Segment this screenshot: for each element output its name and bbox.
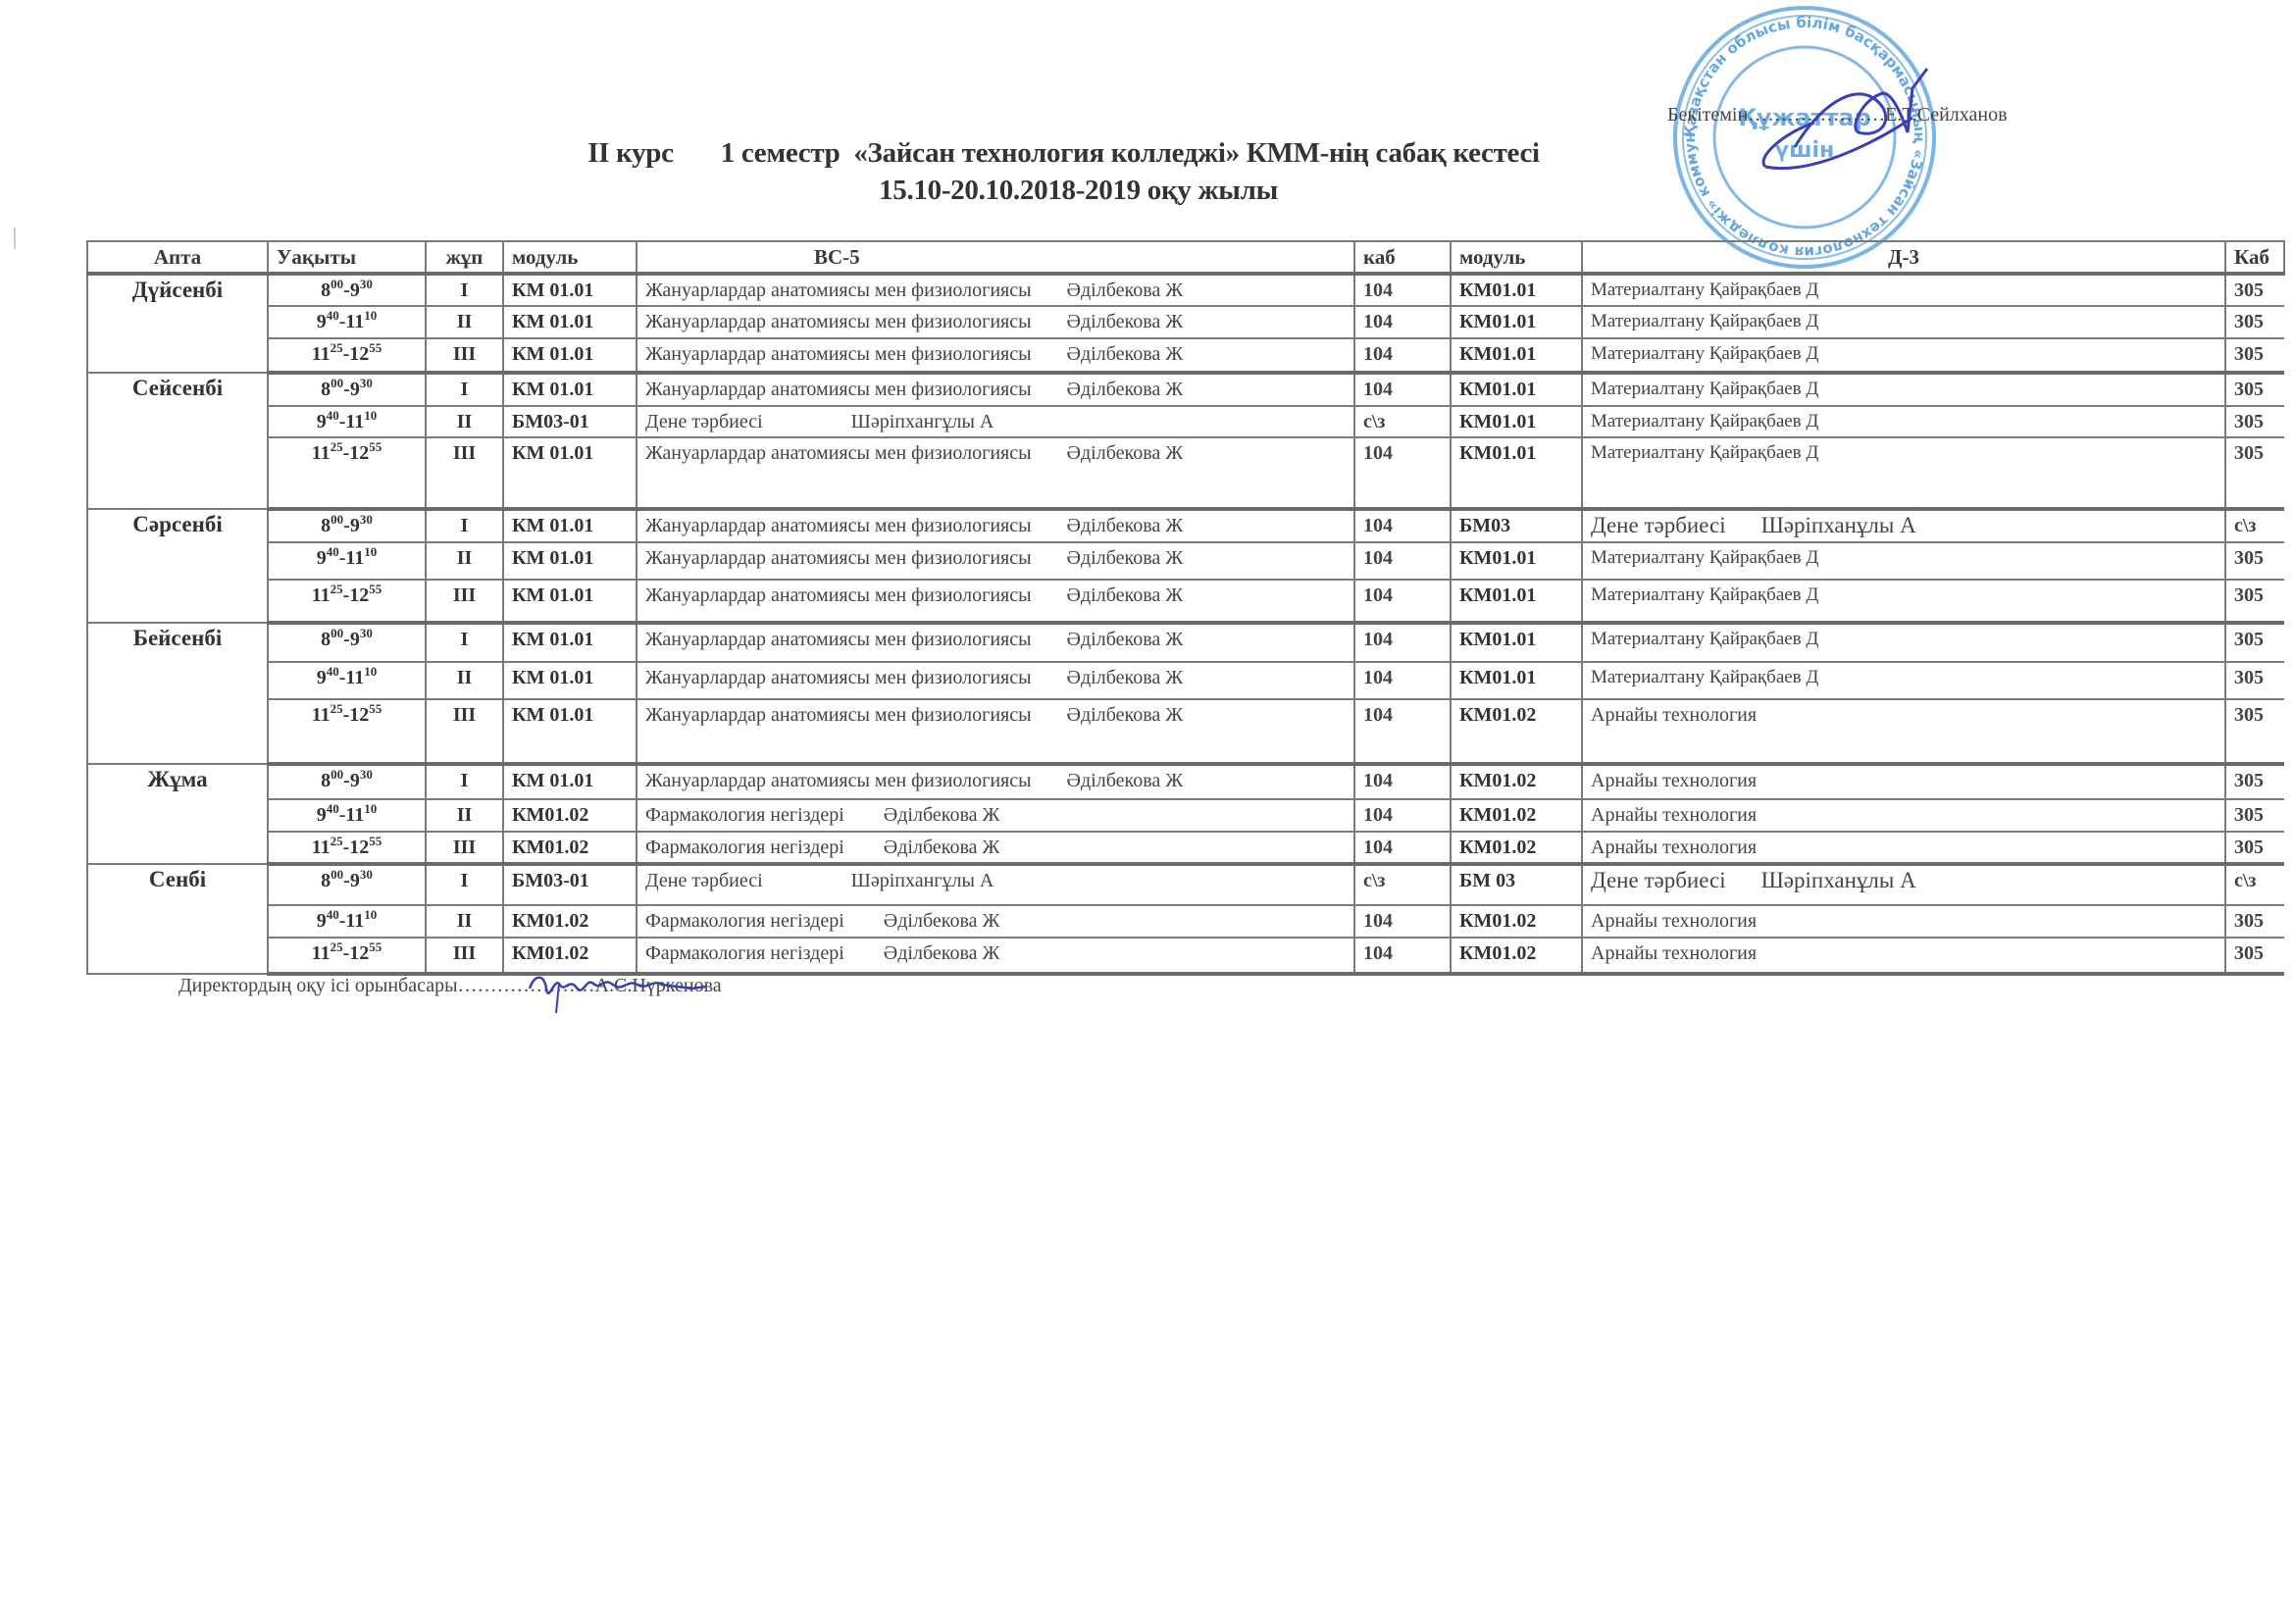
header-room-b: Каб bbox=[2225, 241, 2284, 274]
room-a-cell: 104 bbox=[1354, 338, 1451, 373]
pair-cell: III bbox=[426, 832, 503, 864]
subject-a: Жануарлардар анатомиясы мен физиологиясы bbox=[645, 343, 1032, 365]
table-row: 940-1110IIБМ03-01Дене тәрбиесіШәріпхангұ… bbox=[87, 406, 2284, 437]
pair-cell: III bbox=[426, 338, 503, 373]
pair-cell: I bbox=[426, 764, 503, 799]
room-b-cell: 305 bbox=[2225, 437, 2284, 509]
pair-cell: II bbox=[426, 662, 503, 699]
approval-dots: ………………… bbox=[1748, 104, 1885, 126]
teacher-a: Әділбекова Ж bbox=[1067, 766, 1184, 795]
time-cell: 1125-1255 bbox=[268, 699, 426, 764]
time-cell: 800-930 bbox=[268, 864, 426, 905]
table-header-row: Апта Уақыты жұп модуль ВС-5 каб модуль Д… bbox=[87, 241, 2284, 274]
subject-b: Дене тәрбиесі bbox=[1591, 868, 1726, 892]
table-row: 940-1110IIКМ01.02Фармакология негіздеріӘ… bbox=[87, 905, 2284, 938]
module-a-cell: КМ 01.01 bbox=[503, 542, 637, 580]
subject-b-cell: Арнайы технология bbox=[1582, 699, 2225, 764]
title-text: «Зайсан технология колледжі» КММ-нің саб… bbox=[853, 137, 1539, 169]
subject-b-cell: Арнайы технология bbox=[1582, 938, 2225, 974]
subject-b-cell: Материалтану Қайрақбаев Д bbox=[1582, 437, 2225, 509]
deputy-signature-line: Директордың оқу ісі орынбасары…………………А.С… bbox=[178, 975, 722, 997]
pair-cell: I bbox=[426, 509, 503, 542]
teacher-a: Әділбекова Ж bbox=[1067, 581, 1184, 610]
subject-a: Жануарлардар анатомиясы мен физиологиясы bbox=[645, 379, 1032, 400]
subject-a: Жануарлардар анатомиясы мен физиологиясы bbox=[645, 311, 1032, 332]
subject-a-cell: Жануарлардар анатомиясы мен физиологиясы… bbox=[637, 373, 1354, 406]
approval-line: Бекітемін…………………Е.Т.Сейлханов bbox=[1667, 104, 2008, 127]
time-cell: 1125-1255 bbox=[268, 437, 426, 509]
room-a-cell: 104 bbox=[1354, 699, 1451, 764]
module-a-cell: БМ03-01 bbox=[503, 864, 637, 905]
teacher-a: Әділбекова Ж bbox=[1067, 307, 1184, 336]
table-row: 940-1110IIКМ 01.01Жануарлардар анатомияс… bbox=[87, 306, 2284, 338]
subject-b-cell: Материалтану Қайрақбаев Д bbox=[1582, 373, 2225, 406]
teacher-a: Әділбекова Ж bbox=[1067, 511, 1184, 540]
room-b-cell: 305 bbox=[2225, 306, 2284, 338]
pair-cell: II bbox=[426, 406, 503, 437]
subject-a: Жануарлардар анатомиясы мен физиологиясы bbox=[645, 515, 1032, 536]
subject-b-cell: Дене тәрбиесіШәріпханұлы А bbox=[1582, 864, 2225, 905]
room-a-cell: с\з bbox=[1354, 864, 1451, 905]
time-cell: 800-930 bbox=[268, 509, 426, 542]
subject-b-cell: Материалтану Қайрақбаев Д bbox=[1582, 306, 2225, 338]
module-a-cell: КМ 01.01 bbox=[503, 373, 637, 406]
table-row: 1125-1255IIIКМ 01.01Жануарлардар анатоми… bbox=[87, 580, 2284, 623]
pair-cell: II bbox=[426, 905, 503, 938]
header-pair: жұп bbox=[426, 241, 503, 274]
room-b-cell: 305 bbox=[2225, 832, 2284, 864]
teacher-a: Әділбекова Ж bbox=[884, 833, 1000, 862]
deputy-label: Директордың оқу ісі орынбасары bbox=[178, 975, 458, 996]
table-row: 1125-1255IIIКМ01.02Фармакология негіздер… bbox=[87, 938, 2284, 974]
room-b-cell: 305 bbox=[2225, 580, 2284, 623]
subject-b-cell: Арнайы технология bbox=[1582, 764, 2225, 799]
subject-a: Дене тәрбиесі bbox=[645, 870, 763, 891]
teacher-a: Әділбекова Ж bbox=[884, 800, 1000, 830]
teacher-a: Әділбекова Ж bbox=[884, 906, 1000, 936]
room-a-cell: 104 bbox=[1354, 437, 1451, 509]
room-b-cell: 305 bbox=[2225, 406, 2284, 437]
room-b-cell: 305 bbox=[2225, 662, 2284, 699]
subject-b: Материалтану Қайрақбаев Д bbox=[1591, 584, 1818, 605]
table-row: Бейсенбі800-930IКМ 01.01Жануарлардар ана… bbox=[87, 623, 2284, 662]
module-a-cell: КМ 01.01 bbox=[503, 623, 637, 662]
subject-a-cell: Дене тәрбиесіШәріпхангұлы А bbox=[637, 406, 1354, 437]
room-a-cell: 104 bbox=[1354, 623, 1451, 662]
subject-b-cell: Арнайы технология bbox=[1582, 905, 2225, 938]
subject-b-cell: Дене тәрбиесіШәріпханұлы А bbox=[1582, 509, 2225, 542]
subject-b: Арнайы технология bbox=[1591, 804, 1757, 826]
table-row: Дүйсенбі800-930IКМ 01.01Жануарлардар ана… bbox=[87, 274, 2284, 306]
teacher-a: Әділбекова Ж bbox=[1067, 700, 1184, 730]
module-a-cell: КМ 01.01 bbox=[503, 437, 637, 509]
room-a-cell: 104 bbox=[1354, 938, 1451, 974]
header-week: Апта bbox=[87, 241, 268, 274]
module-b-cell: КМ01.01 bbox=[1451, 406, 1582, 437]
subject-a-cell: Фармакология негіздеріӘділбекова Ж bbox=[637, 832, 1354, 864]
module-b-cell: КМ01.02 bbox=[1451, 905, 1582, 938]
subject-b-cell: Арнайы технология bbox=[1582, 799, 2225, 832]
day-cell: Сәрсенбі bbox=[87, 509, 268, 623]
subject-b: Материалтану Қайрақбаев Д bbox=[1591, 379, 1818, 399]
pair-cell: II bbox=[426, 799, 503, 832]
header-module-b: модуль bbox=[1451, 241, 1582, 274]
module-b-cell: КМ01.02 bbox=[1451, 699, 1582, 764]
subject-b: Дене тәрбиесі bbox=[1591, 513, 1726, 537]
pair-cell: I bbox=[426, 373, 503, 406]
time-cell: 940-1110 bbox=[268, 306, 426, 338]
module-a-cell: КМ01.02 bbox=[503, 799, 637, 832]
subject-b: Арнайы технология bbox=[1591, 770, 1757, 791]
module-a-cell: КМ 01.01 bbox=[503, 580, 637, 623]
subject-a-cell: Фармакология негіздеріӘділбекова Ж bbox=[637, 799, 1354, 832]
room-b-cell: 305 bbox=[2225, 542, 2284, 580]
time-cell: 800-930 bbox=[268, 274, 426, 306]
module-b-cell: КМ01.01 bbox=[1451, 623, 1582, 662]
subject-a-cell: Жануарлардар анатомиясы мен физиологиясы… bbox=[637, 306, 1354, 338]
header-time: Уақыты bbox=[268, 241, 426, 274]
table-row: 1125-1255IIIКМ 01.01Жануарлардар анатоми… bbox=[87, 338, 2284, 373]
room-b-cell: 305 bbox=[2225, 338, 2284, 373]
pair-cell: I bbox=[426, 274, 503, 306]
room-b-cell: 305 bbox=[2225, 764, 2284, 799]
stamp-ring-text: Қазақстан облысы білім басқармасының «За… bbox=[1667, 0, 1928, 261]
subject-a-cell: Жануарлардар анатомиясы мен физиологиясы… bbox=[637, 274, 1354, 306]
header-group-d3: Д-3 bbox=[1582, 241, 2225, 274]
subject-b: Арнайы технология bbox=[1591, 942, 1757, 964]
teacher-a: Әділбекова Ж bbox=[1067, 663, 1184, 692]
subject-a-cell: Жануарлардар анатомиясы мен физиологиясы… bbox=[637, 542, 1354, 580]
scan-artifact bbox=[14, 228, 16, 249]
header-module-a: модуль bbox=[503, 241, 637, 274]
subject-a-cell: Жануарлардар анатомиясы мен физиологиясы… bbox=[637, 437, 1354, 509]
time-cell: 800-930 bbox=[268, 373, 426, 406]
module-a-cell: КМ01.02 bbox=[503, 905, 637, 938]
time-cell: 1125-1255 bbox=[268, 938, 426, 974]
subject-b: Материалтану Қайрақбаев Д bbox=[1591, 343, 1818, 364]
subject-b: Материалтану Қайрақбаев Д bbox=[1591, 667, 1818, 687]
room-a-cell: 104 bbox=[1354, 274, 1451, 306]
room-a-cell: 104 bbox=[1354, 306, 1451, 338]
module-a-cell: КМ 01.01 bbox=[503, 764, 637, 799]
room-b-cell: 305 bbox=[2225, 699, 2284, 764]
subject-a-cell: Жануарлардар анатомиясы мен физиологиясы… bbox=[637, 662, 1354, 699]
table-row: Сәрсенбі800-930IКМ 01.01Жануарлардар ана… bbox=[87, 509, 2284, 542]
subject-a: Дене тәрбиесі bbox=[645, 411, 763, 432]
time-cell: 1125-1255 bbox=[268, 832, 426, 864]
subject-a: Жануарлардар анатомиясы мен физиологиясы bbox=[645, 279, 1032, 301]
table-row: 940-1110IIКМ 01.01Жануарлардар анатомияс… bbox=[87, 542, 2284, 580]
module-b-cell: КМ01.02 bbox=[1451, 799, 1582, 832]
pair-cell: III bbox=[426, 699, 503, 764]
subject-a-cell: Жануарлардар анатомиясы мен физиологиясы… bbox=[637, 338, 1354, 373]
teacher-b: Шәріпханұлы А bbox=[1761, 511, 1916, 540]
subject-a-cell: Жануарлардар анатомиясы мен физиологиясы… bbox=[637, 764, 1354, 799]
room-a-cell: 104 bbox=[1354, 662, 1451, 699]
teacher-b: Шәріпханұлы А bbox=[1761, 866, 1916, 895]
subject-b-cell: Материалтану Қайрақбаев Д bbox=[1582, 623, 2225, 662]
room-b-cell: 305 bbox=[2225, 274, 2284, 306]
deputy-name: А.С.Нүркенова bbox=[595, 975, 722, 996]
subject-a-cell: Фармакология негіздеріӘділбекова Ж bbox=[637, 938, 1354, 974]
teacher-a: Әділбекова Ж bbox=[1067, 625, 1184, 654]
pair-cell: I bbox=[426, 864, 503, 905]
subject-b-cell: Материалтану Қайрақбаев Д bbox=[1582, 542, 2225, 580]
room-a-cell: 104 bbox=[1354, 905, 1451, 938]
teacher-a: Әділбекова Ж bbox=[884, 939, 1000, 968]
day-cell: Жұма bbox=[87, 764, 268, 864]
module-b-cell: БМ 03 bbox=[1451, 864, 1582, 905]
subject-a: Фармакология негіздері bbox=[645, 942, 844, 964]
approver-name: Е.Т.Сейлханов bbox=[1885, 104, 2007, 126]
subject-a: Фармакология негіздері bbox=[645, 804, 844, 826]
time-cell: 1125-1255 bbox=[268, 338, 426, 373]
time-cell: 940-1110 bbox=[268, 406, 426, 437]
time-cell: 940-1110 bbox=[268, 799, 426, 832]
time-cell: 800-930 bbox=[268, 623, 426, 662]
teacher-a: Әділбекова Ж bbox=[1067, 339, 1184, 369]
room-b-cell: 305 bbox=[2225, 799, 2284, 832]
course-label: II курс bbox=[587, 137, 674, 169]
subject-b-cell: Материалтану Қайрақбаев Д bbox=[1582, 662, 2225, 699]
room-a-cell: 104 bbox=[1354, 799, 1451, 832]
room-a-cell: 104 bbox=[1354, 509, 1451, 542]
teacher-a: Шәріпхангұлы А bbox=[851, 866, 994, 895]
subject-b-cell: Материалтану Қайрақбаев Д bbox=[1582, 580, 2225, 623]
subject-a: Жануарлардар анатомиясы мен физиологиясы bbox=[645, 770, 1032, 791]
subject-b: Арнайы технология bbox=[1591, 910, 1757, 932]
semester-label: 1 семестр bbox=[721, 137, 841, 169]
schedule-table: Апта Уақыты жұп модуль ВС-5 каб модуль Д… bbox=[86, 240, 2285, 976]
subject-a: Жануарлардар анатомиясы мен физиологиясы bbox=[645, 704, 1032, 726]
subject-a: Жануарлардар анатомиясы мен физиологиясы bbox=[645, 547, 1032, 569]
header-room-a: каб bbox=[1354, 241, 1451, 274]
subject-a: Фармакология негіздері bbox=[645, 837, 844, 858]
subject-b: Материалтану Қайрақбаев Д bbox=[1591, 411, 1818, 431]
module-a-cell: БМ03-01 bbox=[503, 406, 637, 437]
subject-b: Арнайы технология bbox=[1591, 837, 1757, 858]
table-row: Жұма800-930IКМ 01.01Жануарлардар анатоми… bbox=[87, 764, 2284, 799]
time-cell: 940-1110 bbox=[268, 905, 426, 938]
teacher-a: Шәріпхангұлы А bbox=[851, 407, 994, 436]
time-cell: 940-1110 bbox=[268, 662, 426, 699]
module-b-cell: БМ03 bbox=[1451, 509, 1582, 542]
teacher-a: Әділбекова Ж bbox=[1067, 438, 1184, 468]
module-a-cell: КМ01.02 bbox=[503, 938, 637, 974]
approval-label: Бекітемін bbox=[1667, 104, 1748, 126]
teacher-a: Әділбекова Ж bbox=[1067, 543, 1184, 573]
room-a-cell: 104 bbox=[1354, 832, 1451, 864]
time-cell: 940-1110 bbox=[268, 542, 426, 580]
table-row: Сенбі800-930IБМ03-01Дене тәрбиесіШәріпха… bbox=[87, 864, 2284, 905]
subject-b-cell: Арнайы технология bbox=[1582, 832, 2225, 864]
pair-cell: II bbox=[426, 306, 503, 338]
pair-cell: II bbox=[426, 542, 503, 580]
subject-b-cell: Материалтану Қайрақбаев Д bbox=[1582, 274, 2225, 306]
teacher-a: Әділбекова Ж bbox=[1067, 375, 1184, 404]
table-row: Сейсенбі800-930IКМ 01.01Жануарлардар ана… bbox=[87, 373, 2284, 406]
subject-b-cell: Материалтану Қайрақбаев Д bbox=[1582, 338, 2225, 373]
room-a-cell: 104 bbox=[1354, 580, 1451, 623]
module-a-cell: КМ 01.01 bbox=[503, 699, 637, 764]
deputy-dots: ………………… bbox=[458, 975, 595, 996]
subject-a: Фармакология негіздері bbox=[645, 910, 844, 932]
module-a-cell: КМ 01.01 bbox=[503, 662, 637, 699]
room-a-cell: 104 bbox=[1354, 542, 1451, 580]
module-b-cell: КМ01.01 bbox=[1451, 580, 1582, 623]
table-row: 940-1110IIКМ 01.01Жануарлардар анатомияс… bbox=[87, 662, 2284, 699]
day-cell: Бейсенбі bbox=[87, 623, 268, 764]
room-b-cell: 305 bbox=[2225, 938, 2284, 974]
day-cell: Дүйсенбі bbox=[87, 274, 268, 373]
module-b-cell: КМ01.01 bbox=[1451, 662, 1582, 699]
subject-b: Материалтану Қайрақбаев Д bbox=[1591, 547, 1818, 568]
room-b-cell: с\з bbox=[2225, 864, 2284, 905]
module-b-cell: КМ01.01 bbox=[1451, 542, 1582, 580]
module-b-cell: КМ01.01 bbox=[1451, 306, 1582, 338]
subject-b: Материалтану Қайрақбаев Д bbox=[1591, 279, 1818, 300]
svg-text:Қазақстан облысы білім басқарм: Қазақстан облысы білім басқармасының «За… bbox=[1667, 0, 1928, 261]
table-row: 1125-1255IIIКМ01.02Фармакология негіздер… bbox=[87, 832, 2284, 864]
time-cell: 1125-1255 bbox=[268, 580, 426, 623]
subject-b-cell: Материалтану Қайрақбаев Д bbox=[1582, 406, 2225, 437]
time-cell: 800-930 bbox=[268, 764, 426, 799]
room-a-cell: с\з bbox=[1354, 406, 1451, 437]
room-b-cell: с\з bbox=[2225, 509, 2284, 542]
subject-a-cell: Жануарлардар анатомиясы мен физиологиясы… bbox=[637, 623, 1354, 662]
module-b-cell: КМ01.01 bbox=[1451, 437, 1582, 509]
table-row: 1125-1255IIIКМ 01.01Жануарлардар анатоми… bbox=[87, 437, 2284, 509]
room-b-cell: 305 bbox=[2225, 623, 2284, 662]
module-a-cell: КМ 01.01 bbox=[503, 509, 637, 542]
subject-a-cell: Жануарлардар анатомиясы мен физиологиясы… bbox=[637, 580, 1354, 623]
module-a-cell: КМ 01.01 bbox=[503, 274, 637, 306]
subject-b: Материалтану Қайрақбаев Д bbox=[1591, 629, 1818, 649]
teacher-a: Әділбекова Ж bbox=[1067, 276, 1184, 305]
subject-a-cell: Фармакология негіздеріӘділбекова Ж bbox=[637, 905, 1354, 938]
subject-a-cell: Жануарлардар анатомиясы мен физиологиясы… bbox=[637, 509, 1354, 542]
pair-cell: III bbox=[426, 437, 503, 509]
day-cell: Сенбі bbox=[87, 864, 268, 974]
room-b-cell: 305 bbox=[2225, 905, 2284, 938]
subject-a-cell: Жануарлардар анатомиясы мен физиологиясы… bbox=[637, 699, 1354, 764]
subject-a: Жануарлардар анатомиясы мен физиологиясы bbox=[645, 667, 1032, 688]
subject-a: Жануарлардар анатомиясы мен физиологиясы bbox=[645, 629, 1032, 650]
module-b-cell: КМ01.02 bbox=[1451, 764, 1582, 799]
table-row: 940-1110IIКМ01.02Фармакология негіздеріӘ… bbox=[87, 799, 2284, 832]
document-title: II курс1 семестр «Зайсан технология колл… bbox=[0, 137, 2211, 170]
table-row: 1125-1255IIIКМ 01.01Жануарлардар анатоми… bbox=[87, 699, 2284, 764]
pair-cell: III bbox=[426, 938, 503, 974]
header-group-vs5: ВС-5 bbox=[637, 241, 1354, 274]
module-b-cell: КМ01.02 bbox=[1451, 938, 1582, 974]
subject-a: Жануарлардар анатомиясы мен физиологиясы bbox=[645, 442, 1032, 464]
subject-a-cell: Дене тәрбиесіШәріпхангұлы А bbox=[637, 864, 1354, 905]
module-a-cell: КМ 01.01 bbox=[503, 338, 637, 373]
subject-b: Материалтану Қайрақбаев Д bbox=[1591, 442, 1818, 463]
room-a-cell: 104 bbox=[1354, 764, 1451, 799]
room-b-cell: 305 bbox=[2225, 373, 2284, 406]
room-a-cell: 104 bbox=[1354, 373, 1451, 406]
module-b-cell: КМ01.01 bbox=[1451, 274, 1582, 306]
module-a-cell: КМ 01.01 bbox=[503, 306, 637, 338]
document-period: 15.10-20.10.2018-2019 оқу жылы bbox=[0, 175, 2225, 207]
pair-cell: III bbox=[426, 580, 503, 623]
module-a-cell: КМ01.02 bbox=[503, 832, 637, 864]
pair-cell: I bbox=[426, 623, 503, 662]
module-b-cell: КМ01.01 bbox=[1451, 373, 1582, 406]
day-cell: Сейсенбі bbox=[87, 373, 268, 509]
subject-b: Арнайы технология bbox=[1591, 704, 1757, 726]
module-b-cell: КМ01.02 bbox=[1451, 832, 1582, 864]
subject-b: Материалтану Қайрақбаев Д bbox=[1591, 311, 1818, 331]
module-b-cell: КМ01.01 bbox=[1451, 338, 1582, 373]
subject-a: Жануарлардар анатомиясы мен физиологиясы bbox=[645, 584, 1032, 606]
